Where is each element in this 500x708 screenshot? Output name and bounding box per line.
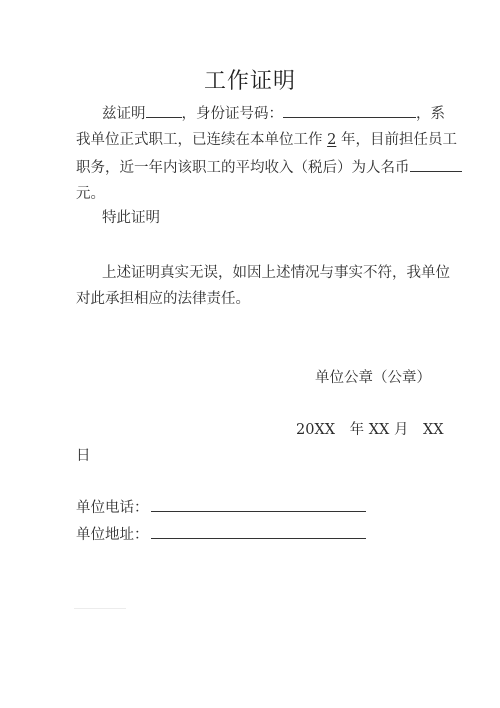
address-blank[interactable]: [151, 524, 366, 539]
faint-line-artifact: [74, 608, 126, 609]
id-label: ，身份证号码：: [182, 106, 284, 122]
intro-text: 兹证明: [102, 106, 146, 122]
para1-line1: 兹证明，身份证号码：，系: [102, 103, 445, 124]
position-text: 年，目前担任员工: [341, 132, 457, 148]
document-page: 工作证明 兹证明，身份证号码：，系 我单位正式职工，已连续在本单位工作 2 年，…: [0, 0, 500, 708]
date-day: 日: [76, 446, 91, 466]
address-label: 单位地址：: [76, 527, 149, 543]
employment-text: 我单位正式职工，已连续在本单位工作: [76, 132, 323, 148]
phone-field: 单位电话：: [76, 497, 366, 518]
para2-line1: 上述证明真实无误，如因上述情况与事实不符，我单位: [102, 263, 450, 283]
income-blank[interactable]: [410, 157, 462, 172]
id-number-blank[interactable]: [283, 103, 416, 118]
income-text: 职务，近一年内该职工的平均收入（税后）为人名币: [76, 160, 410, 176]
document-title: 工作证明: [0, 64, 500, 95]
para1-line2: 我单位正式职工，已连续在本单位工作 2 年，目前担任员工: [76, 130, 457, 150]
para1-line4: 元。: [76, 184, 105, 204]
seal-label: 单位公章（公章）: [315, 368, 431, 388]
address-field: 单位地址：: [76, 524, 366, 545]
phone-label: 单位电话：: [76, 500, 149, 516]
phone-blank[interactable]: [151, 497, 366, 512]
para2-line2: 对此承担相应的法律责任。: [76, 289, 250, 309]
date-line: 20XX 年 XX 月 XX: [296, 420, 444, 440]
certify-text: 特此证明: [102, 208, 160, 228]
years-value: 2: [327, 132, 336, 148]
name-blank[interactable]: [146, 103, 182, 118]
line1-suffix: ，系: [416, 106, 445, 122]
para1-line3: 职务，近一年内该职工的平均收入（税后）为人名币: [76, 157, 462, 178]
currency-unit: 元。: [76, 186, 105, 202]
